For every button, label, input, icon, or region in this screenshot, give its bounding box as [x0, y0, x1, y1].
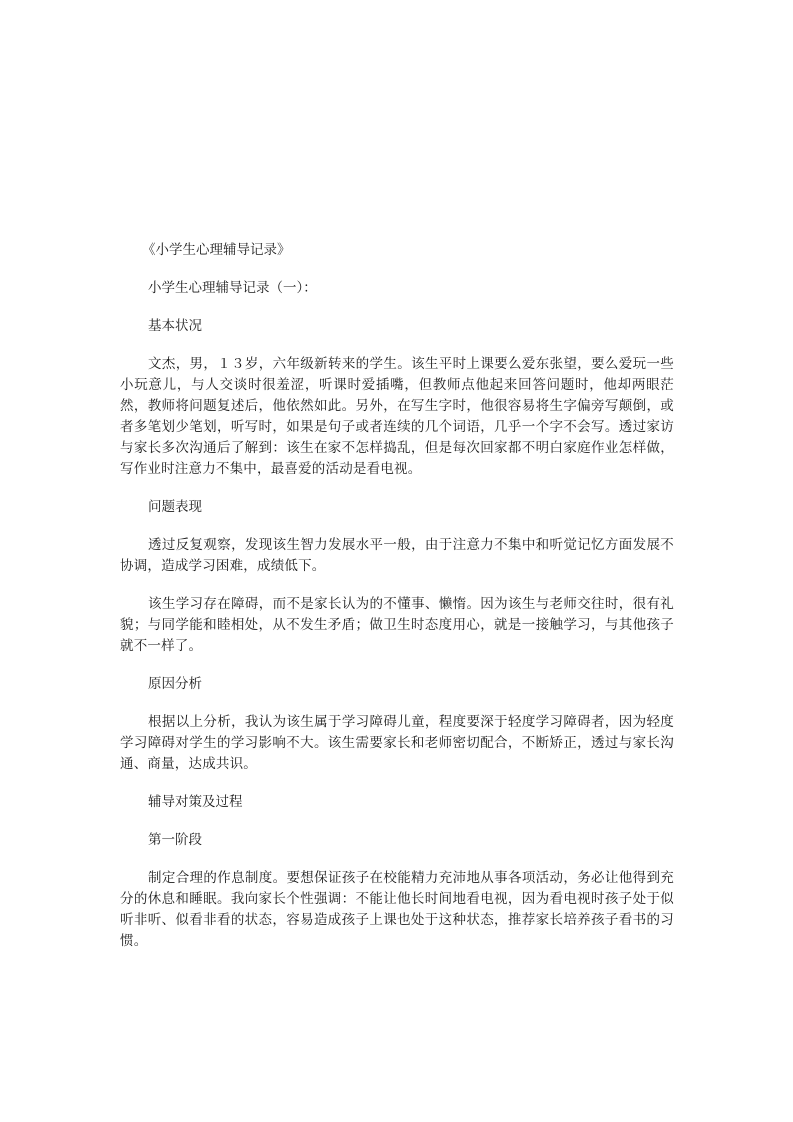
document-subtitle: 小学生心理辅导记录（一）：: [120, 278, 674, 299]
document-title: 《小学生心理辅导记录》: [120, 240, 674, 261]
paragraph-problem-2: 该生学习存在障碍，而不是家长认为的不懂事、懒惰。因为该生与老师交往时，很有礼貌；…: [120, 594, 674, 657]
heading-stage-one: 第一阶段: [120, 830, 674, 851]
heading-counseling-strategy: 辅导对策及过程: [120, 792, 674, 813]
heading-cause-analysis: 原因分析: [120, 674, 674, 695]
heading-basic-situation: 基本状况: [120, 316, 674, 337]
heading-problem: 问题表现: [120, 497, 674, 518]
paragraph-problem-1: 透过反复观察，发现该生智力发展水平一般，由于注意力不集中和听觉记忆方面发展不协调…: [120, 535, 674, 577]
paragraph-cause-analysis: 根据以上分析，我认为该生属于学习障碍儿童，程度要深于轻度学习障碍者，因为轻度学习…: [120, 712, 674, 775]
document-page: 《小学生心理辅导记录》 小学生心理辅导记录（一）： 基本状况 文杰，男，１３岁，…: [120, 240, 674, 969]
paragraph-basic-situation: 文杰，男，１３岁，六年级新转来的学生。该生平时上课要么爱东张望，要么爱玩一些小玩…: [120, 354, 674, 480]
paragraph-stage-one: 制定合理的作息制度。要想保证孩子在校能精力充沛地从事各项活动，务必让他得到充分的…: [120, 868, 674, 952]
